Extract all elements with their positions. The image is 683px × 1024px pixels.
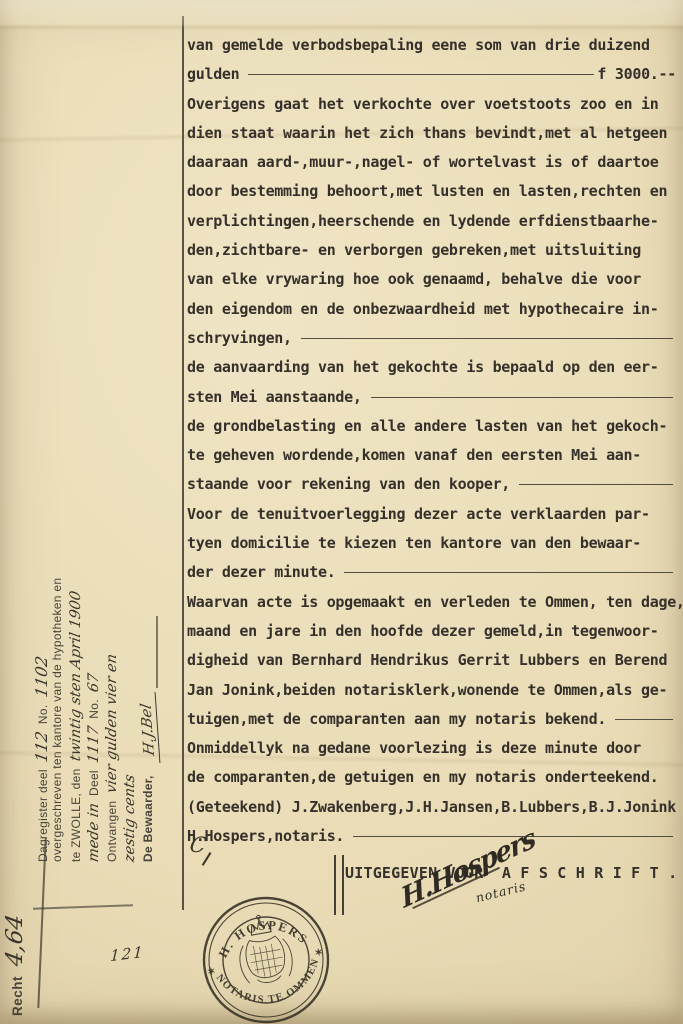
typed-line: Overigens gaat het verkochte over voetst… xyxy=(187,95,676,124)
typed-line: verplichtingen,heerschende en lydende er… xyxy=(187,212,676,241)
seal-coat-of-arms-icon xyxy=(237,934,296,987)
typed-text: te geheven wordende,komen vanaf den eers… xyxy=(187,446,641,464)
typed-line: de comparanten,de getuigen en my notaris… xyxy=(187,768,676,797)
typed-line: Voor de tenuitvoerlegging dezer acte ver… xyxy=(187,505,676,534)
margin-registration-stamp: Dagregister deel 112 No. 1102 overgeschr… xyxy=(32,524,164,862)
recht-annotation: Recht 4,64 xyxy=(2,832,40,1016)
margin-rule xyxy=(182,16,184,910)
typed-line: maand en jare in den hoofde dezer gemeld… xyxy=(187,622,676,651)
typed-line: den,zichtbare- en verborgen gebreken,met… xyxy=(187,241,676,270)
typed-line: sten Mei aanstaande, xyxy=(187,388,676,417)
typed-line: te geheven wordende,komen vanaf den eers… xyxy=(187,446,676,475)
typed-line: tuigen,met de comparanten aan my notaris… xyxy=(187,710,676,739)
typed-text: Waarvan acte is opgemaakt en verleden te… xyxy=(187,593,683,611)
typed-text: daaraan aard-,muur-,nagel- of wortelvast… xyxy=(187,153,658,171)
stamp-hand: twintig sten April 1900 xyxy=(68,590,84,763)
typed-text: der dezer minute. xyxy=(187,563,335,581)
typed-text: schryvingen, xyxy=(187,329,292,347)
filler-rule xyxy=(344,572,673,573)
stamp-line-bewaarder: De Bewaarder, H.J.Bel xyxy=(140,524,166,862)
stamp-hand: 67 xyxy=(86,672,102,693)
recht-label: Recht xyxy=(10,976,25,1016)
folio-number-text: 121 xyxy=(110,943,145,965)
typed-text: staande voor rekening van den kooper, xyxy=(187,475,510,493)
typed-text: door bestemming behoort,met lusten en la… xyxy=(187,182,667,200)
typed-text: de grondbelasting en alle andere lasten … xyxy=(187,417,667,435)
stamp-hand: 1102 xyxy=(32,655,51,699)
typed-text: Overigens gaat het verkochte over voetst… xyxy=(187,95,658,113)
typed-line: digheid van Bernhard Hendrikus Gerrit Lu… xyxy=(187,651,676,680)
typed-line: door bestemming behoort,met lusten en la… xyxy=(187,182,676,211)
typed-text: dien staat waarin het zich thans bevindt… xyxy=(187,124,667,142)
stamp-hand: 112 xyxy=(32,730,51,764)
typed-text: sten Mei aanstaande, xyxy=(187,388,362,406)
recht-amount: 4,64 xyxy=(2,912,28,968)
folio-number: 121 xyxy=(109,942,146,965)
stamp-frame-line-bottom xyxy=(33,904,133,909)
typed-text: Onmiddellyk na gedane voorlezing is deze… xyxy=(187,739,641,757)
typed-line: Jan Jonink,beiden notarisklerk,wonende t… xyxy=(187,681,676,710)
typed-text: tuigen,met de comparanten aan my notaris… xyxy=(187,710,606,728)
stamp-line-deel-no: mede in Deel 1117 No. 67 xyxy=(86,524,104,862)
typed-text-block: van gemelde verbodsbepaling eene som van… xyxy=(187,36,676,856)
stamp-print: No. xyxy=(87,699,101,719)
filler-rule xyxy=(371,397,673,398)
typed-text: den,zichtbare- en verborgen gebreken,met… xyxy=(187,241,641,259)
typed-line: van elke vrywaring hoe ook genaamd, beha… xyxy=(187,270,676,299)
typed-text: verplichtingen,heerschende en lydende er… xyxy=(187,212,658,230)
stamp-print: Deel xyxy=(87,770,101,796)
stamp-print: De Bewaarder, xyxy=(141,775,155,862)
typed-text: maand en jare in den hoofde dezer gemeld… xyxy=(187,622,658,640)
notary-signature: H.Hospers notaris xyxy=(402,884,602,1004)
stamp-hand: zestig cents xyxy=(122,773,138,863)
typed-line: gulden f 3000.-- xyxy=(187,65,676,94)
stamp-print: No. xyxy=(36,705,50,725)
stamp-line-dagregister: Dagregister deel 112 No. 1102 xyxy=(32,524,50,862)
filler-rule xyxy=(248,74,594,75)
typed-text: tyen domicilie te kiezen ten kantore van… xyxy=(187,534,641,552)
typed-line: de aanvaarding van het gekochte is bepaa… xyxy=(187,358,676,387)
typed-line: daaraan aard-,muur-,nagel- of wortelvast… xyxy=(187,153,676,182)
seal-star-left-icon: ✶ xyxy=(206,966,216,978)
filler-rule xyxy=(519,484,673,485)
filler-rule xyxy=(301,338,673,339)
typed-line: den eigendom en de onbezwaardheid met hy… xyxy=(187,300,676,329)
filler-rule xyxy=(615,719,673,720)
stamp-line-zwolle-date: te ZWOLLE, den twintig sten April 1900 xyxy=(68,524,86,862)
issued-for-copy-line: UITGEGEVEN VOOR A F S C H R I F T . xyxy=(345,864,677,882)
stamp-hand: 1117 xyxy=(86,725,102,765)
typed-line: van gemelde verbodsbepaling eene som van… xyxy=(187,36,676,65)
c-mark-letter: C xyxy=(188,833,208,857)
typed-text: de comparanten,de getuigen en my notaris… xyxy=(187,768,658,786)
stamp-hand: mede in xyxy=(86,802,102,864)
typed-text: van elke vrywaring hoe ook genaamd, beha… xyxy=(187,270,641,288)
typed-text: Voor de tenuitvoerlegging dezer acte ver… xyxy=(187,505,650,523)
stamp-line-overgeschreven: overgeschreven ten kantore van de hypoth… xyxy=(50,524,68,862)
typed-line: (Geteekend) J.Zwakenberg,J.H.Jansen,B.Lu… xyxy=(187,798,676,827)
amount-text: f 3000.-- xyxy=(597,65,676,83)
seal-bottom-text: NOTARIS TE OMMEN xyxy=(213,955,328,1014)
typed-text: gulden xyxy=(187,65,239,83)
typed-line: de grondbelasting en alle andere lasten … xyxy=(187,417,676,446)
typed-text: de aanvaarding van het gekochte is bepaa… xyxy=(187,358,658,376)
typed-line: Waarvan acte is opgemaakt en verleden te… xyxy=(187,593,676,622)
typed-line: Onmiddellyk na gedane voorlezing is deze… xyxy=(187,739,676,768)
seal-bottom-text-holder: NOTARIS TE OMMEN xyxy=(213,955,328,1014)
typed-line: schryvingen, xyxy=(187,329,676,358)
stamp-hand: vier gulden vier en xyxy=(104,653,120,795)
bewaarder-signature: H.J.Bel xyxy=(138,688,161,763)
typed-text: Jan Jonink,beiden notarisklerk,wonende t… xyxy=(187,681,667,699)
stamp-print: Ontvangen xyxy=(105,801,119,862)
typed-line: H.Hospers,notaris. xyxy=(187,827,676,856)
stamp-line-ontvangen: Ontvangen vier gulden vier en xyxy=(104,524,122,862)
c-mark: C xyxy=(190,833,214,860)
typed-line: der dezer minute. xyxy=(187,563,676,592)
notary-seal: H. HOSPERS NOTARIS TE OMMEN ✶ ✶ xyxy=(196,890,336,1024)
typed-line: dien staat waarin het zich thans bevindt… xyxy=(187,124,676,153)
typed-line: staande voor rekening van den kooper, xyxy=(187,475,676,504)
typed-line: tyen domicilie te kiezen ten kantore van… xyxy=(187,534,676,563)
typed-text: digheid van Bernhard Hendrikus Gerrit Lu… xyxy=(187,651,667,669)
stamp-print: te ZWOLLE, den xyxy=(69,768,83,862)
typed-text: (Geteekend) J.Zwakenberg,J.H.Jansen,B.Lu… xyxy=(187,798,676,816)
stamp-print: overgeschreven ten kantore van de hypoth… xyxy=(50,578,64,862)
typed-text: den eigendom en de onbezwaardheid met hy… xyxy=(187,300,658,318)
typed-text: van gemelde verbodsbepaling eene som van… xyxy=(187,36,650,54)
document-paper: van gemelde verbodsbepaling eene som van… xyxy=(0,0,683,1024)
